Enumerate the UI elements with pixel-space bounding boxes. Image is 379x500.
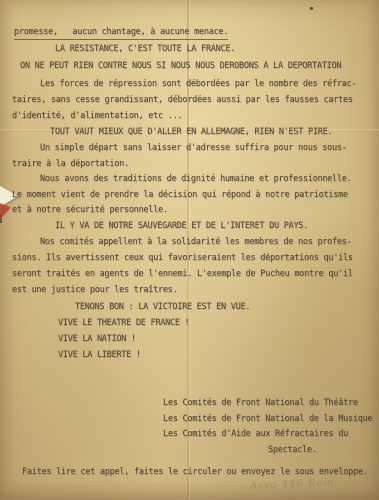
document-page: promesse, aucun chantage, à aucune menac… [0,0,379,500]
line-appel: Faites lire cet appel, faites le circule… [22,467,368,478]
line-signature-4: Spectacle. [268,445,317,456]
line-tenons-bon: TENONS BON : LA VICTOIRE EST EN VUE. [75,302,250,313]
line-comites-1: Nos comités appellent à la solidarité le… [40,237,352,248]
line-tout-vaut-mieux: TOUT VAUT MIEUX QUE D'ALLER EN ALLEMAGNE… [50,127,332,138]
typewritten-layer: promesse, aucun chantage, à aucune menac… [0,0,379,500]
line-forces-1: Les forces de répression sont débordées … [40,79,356,90]
line-signature-3: Les Comités d'Aide aux Réfractaires du [163,429,348,440]
line-comites-3: seront traités en agents de l'ennemi. L'… [12,269,353,280]
line-on-ne-peut: ON NE PEUT RIEN CONTRE NOUS SI NOUS NOUS… [20,61,341,72]
line-vive-nation: VIVE LA NATION ! [58,334,136,345]
line-comites-4: est une justice pour les traîtres. [12,285,178,296]
line-il-y-va: IL Y VA DE NOTRE SAUVEGARDE ET DE L'INTE… [55,221,308,232]
line-depart-2: traire à la déportation. [12,159,129,170]
line-forces-3: d'identité, d'alimentation, etc ... [12,111,182,122]
line-forces-2: taires, sans cesse grandissant, débordée… [12,95,353,106]
line-vive-theatre: VIVE LE THEATRE DE FRANCE ! [58,318,189,329]
line-traditions-3: et à notre sécurité personnelle. [12,205,168,216]
line-resistance: LA RESISTANCE, C'EST TOUTE LA FRANCE. [55,44,235,55]
line-signature-2: Les Comités de Front National de la Musi… [163,414,372,425]
line-signature-1: Les Comités de Front National du Théâtre [163,398,358,409]
line-vive-liberte: VIVE LA LIBERTE ! [58,350,141,361]
line-comites-2: sions. Ils avertissent ceux qui favorise… [12,253,353,264]
line-depart-1: Un simple départ sans laisser d'adresse … [40,143,347,154]
line-traditions-2: Le moment vient de prendre la décision q… [12,190,348,201]
line-promesse: promesse, aucun chantage, à aucune menac… [14,27,228,40]
line-traditions-1: Nous avons des traditions de dignité hum… [40,174,352,185]
